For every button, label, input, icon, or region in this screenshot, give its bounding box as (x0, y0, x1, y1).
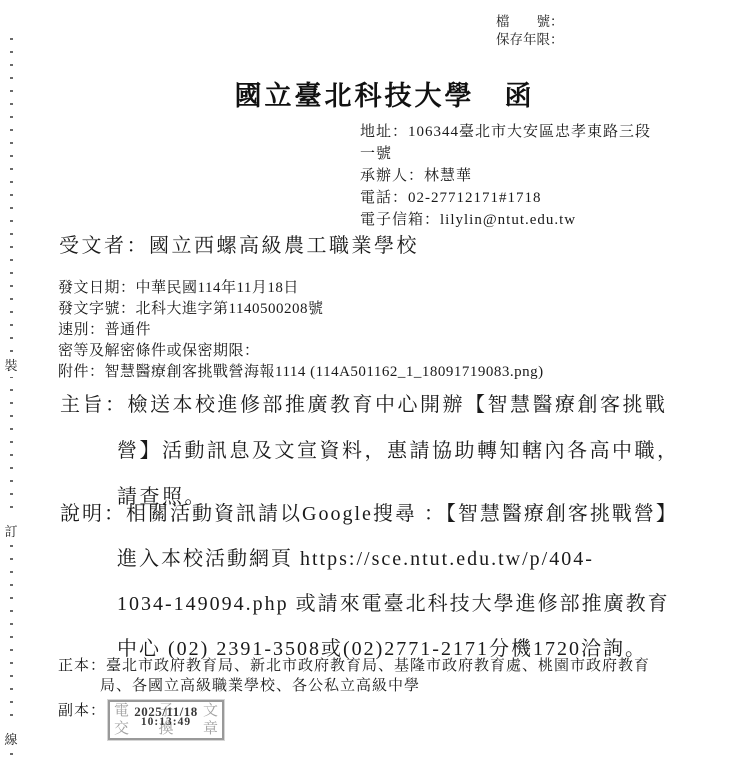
cc-copy-label: 副本： (58, 699, 106, 720)
binding-mark-zhuang: 裝 (3, 352, 19, 377)
sender-contact-person: 承辦人：林慧華 (360, 165, 651, 187)
sender-address-line1: 地址：106344臺北市大安區忠孝東路三段 (360, 121, 651, 143)
attachment-line: 附件：智慧醫療創客挑戰營海報1114 (114A501162_1_1809171… (58, 362, 544, 383)
retention-period-label: 保存年限： (496, 31, 564, 49)
sender-email: 電子信箱：lilylin@ntut.edu.tw (360, 209, 651, 231)
sender-phone: 電話：02-27712171#1718 (360, 187, 651, 209)
classification-block: 檔 號： 保存年限： (496, 13, 564, 48)
subject-line: 營】活動訊息及文宣資料，惠請協助轉知轄內各高中職， (60, 428, 680, 474)
stamp-time: 10:13:49 (110, 716, 222, 728)
binding-mark-xian: 線 (3, 726, 19, 751)
cc-copy-section: 副本： 電 子 文 交 換 章 2025/11/18 10:13:49 (58, 699, 224, 740)
issue-date-line: 發文日期：中華民國114年11月18日 (58, 278, 544, 299)
electronic-exchange-stamp: 電 子 文 交 換 章 2025/11/18 10:13:49 (108, 700, 224, 740)
original-copy-section: 正本：臺北市政府教育局、新北市政府教育局、基隆市政府教育處、桃園市政府教育 局、… (58, 656, 650, 696)
document-title: 國立臺北科技大學 函 (0, 74, 741, 113)
security-class-line: 密等及解密條件或保密期限： (58, 341, 544, 362)
original-copy-line: 局、各國立高級職業學校、各公私立高級中學 (58, 676, 650, 696)
original-copy-line: 正本：臺北市政府教育局、新北市政府教育局、基隆市政府教育處、桃園市政府教育 (58, 656, 650, 676)
reference-number-line: 發文字號：北科大進字第1140500208號 (58, 299, 544, 320)
binding-mark-ding: 訂 (3, 518, 19, 543)
sender-address-line2: 一號 (360, 143, 651, 165)
binding-dotted-line (10, 38, 13, 758)
recipient-line: 受文者：國立西螺高級農工職業學校 (59, 229, 419, 258)
explanation-line: 進入本校活動網頁 https://sce.ntut.edu.tw/p/404- (60, 537, 710, 582)
subject-line: 主旨：檢送本校進修部推廣教育中心開辦【智慧醫療創客挑戰 (60, 382, 680, 428)
file-number-label: 檔 號： (496, 13, 564, 31)
explanation-line: 1034-149094.php 或請來電臺北科技大學進修部推廣教育 (60, 582, 710, 627)
explanation-line: 說明：相關活動資訊請以Google搜尋 ：【智慧醫療創客挑戰營】 (60, 492, 710, 537)
speed-class-line: 速別：普通件 (58, 320, 544, 341)
explanation-section: 說明：相關活動資訊請以Google搜尋 ：【智慧醫療創客挑戰營】 進入本校活動網… (60, 492, 710, 672)
document-meta-block: 發文日期：中華民國114年11月18日 發文字號：北科大進字第114050020… (58, 278, 544, 383)
sender-contact-block: 地址：106344臺北市大安區忠孝東路三段 一號 承辦人：林慧華 電話：02-2… (360, 121, 651, 231)
